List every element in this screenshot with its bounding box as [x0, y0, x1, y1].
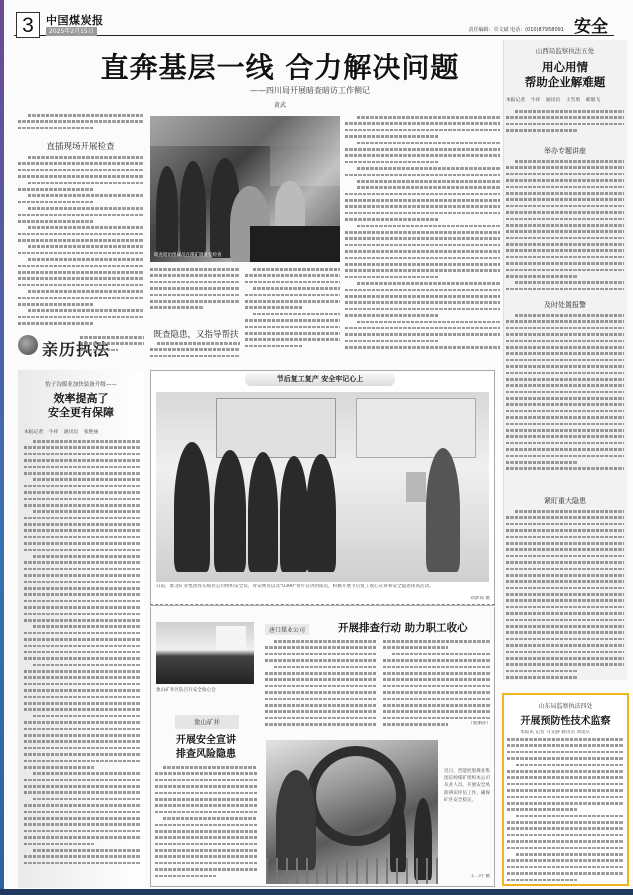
left-title-line1: 效率提高了 — [18, 392, 144, 406]
right-body-4 — [506, 510, 624, 686]
masthead: 3 中国煤炭报 2025年2月15日 责任编辑：卓文斌 电话：(010)8795… — [14, 8, 614, 36]
center-feature-photo — [156, 392, 489, 582]
xiangshan-title-line2: 排查风险隐患 — [150, 748, 262, 762]
tangkou-title: 开展排查行动 助力职工收心 — [338, 620, 468, 635]
lead-body-tail — [80, 336, 144, 358]
left-byline: 本报记者 牛祥 通讯员 张艳丽 — [24, 428, 142, 435]
lead-body-col3 — [245, 268, 340, 360]
right-body-2 — [506, 160, 624, 300]
highlight-kicker: 山东局监察执法四处 — [502, 701, 629, 710]
globe-icon — [18, 335, 38, 355]
lead-subhead-2: 既查隐患，又指导帮扶 — [150, 328, 242, 340]
highlight-body — [507, 738, 624, 882]
lead-subhead: ——四川局开展暗查暗访工作侧记 — [60, 85, 500, 96]
xiangshan-title-line1: 开展安全宣讲 — [150, 734, 262, 748]
left-title-line2: 安全更有保障 — [18, 406, 144, 420]
tangkou-body-col1 — [265, 640, 377, 732]
center-feature-caption: 日前，淮北矿业集团青东煤业公司组织安全员、青安网员以及"0390"青年宣讲团成员… — [156, 584, 489, 590]
tangkou-body-col2 — [383, 640, 491, 732]
right-title-line1: 用心用情 — [503, 60, 627, 75]
lead-body-col1 — [18, 156, 143, 328]
section-divider — [150, 604, 495, 605]
page-number: 3 — [16, 12, 40, 38]
xiangshan-title: 开展安全宣讲 排查风险隐患 — [150, 734, 262, 762]
lead-body-col2b — [150, 342, 240, 364]
tangkou-author: （张丽萍） — [455, 721, 491, 727]
xiangshan-kicker: 象山矿井 — [175, 715, 239, 729]
issue-date: 2025年2月15日 — [46, 27, 97, 36]
right-body-3 — [506, 314, 624, 478]
machinery-photographer: 王二叶 摄 — [444, 874, 490, 880]
page-edge-decoration — [0, 0, 4, 895]
right-title: 用心用情 帮助企业解难题 — [503, 60, 627, 90]
tangkou-photo — [156, 622, 254, 684]
center-feature-photographer: 刘梦琼 摄 — [440, 596, 490, 602]
lead-body-col4 — [345, 116, 500, 362]
section-title: 安全 — [574, 12, 608, 37]
right-kicker: 山西局监察执法五处 — [503, 46, 627, 55]
highlight-title: 开展预防性技术监察 — [502, 712, 629, 727]
tangkou-photo-caption: 象山矿井区队召开安全收心会 — [156, 688, 256, 694]
right-subhead-3: 紧盯重大隐患 — [503, 496, 627, 506]
lead-body-intro — [18, 114, 143, 136]
center-feature-banner: 节后复工复产 安全牢记心上 — [245, 372, 395, 386]
right-subhead-2: 及时处置报警 — [503, 300, 627, 310]
lead-headline: 直奔基层一线 合力解决问题 — [60, 46, 500, 86]
tangkou-kicker: 唐口煤业公司 — [265, 624, 309, 635]
left-kicker: 豹子沟煤业加快装备升级—— — [22, 380, 140, 388]
machinery-side-caption: 近日，晋能控股煤业集团长岭煤矿组织本公司从业人员，开展安全风险辨识评估工作，确保… — [444, 768, 490, 804]
lead-photo-caption: 暗查暗访组成员在煤矿调度室检查 — [154, 252, 222, 258]
lead-byline: 黄武 — [60, 100, 500, 109]
highlight-byline: 本报讯 记者 马文静 通讯员 刘延庆 — [520, 730, 625, 736]
lead-body-col2 — [150, 268, 240, 328]
lead-photo: 暗查暗访组成员在煤矿调度室检查 — [150, 116, 340, 262]
right-byline: 本报记者 牛祥 通讯员 王雪勇 郝毅飞 — [506, 96, 624, 103]
newspaper-page: 3 中国煤炭报 2025年2月15日 责任编辑：卓文斌 电话：(010)8795… — [0, 0, 633, 895]
right-body-1 — [506, 110, 624, 140]
editor-info: 责任编辑：卓文斌 电话：(010)87958091 — [469, 26, 565, 33]
left-body — [24, 440, 140, 880]
xiangshan-body — [155, 766, 257, 884]
paper-name: 中国煤炭报 — [46, 12, 104, 28]
page-bottom-bar — [0, 889, 633, 895]
right-title-line2: 帮助企业解难题 — [503, 75, 627, 90]
machinery-photo — [266, 740, 438, 884]
right-subhead-1: 举办专题讲座 — [503, 146, 627, 156]
left-title: 效率提高了 安全更有保障 — [18, 392, 144, 420]
lead-subhead-1: 直插现场开展检查 — [18, 140, 143, 152]
